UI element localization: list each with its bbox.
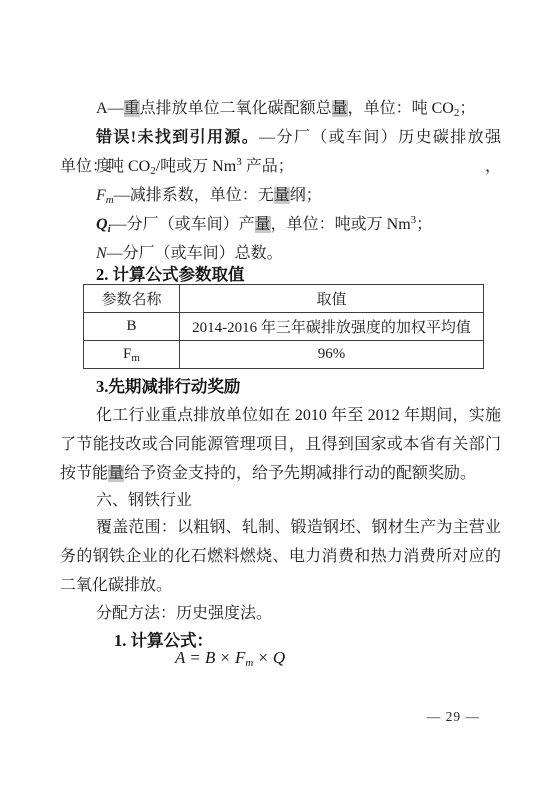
- broken-reference-marker: 错误!未找到引用源。: [96, 129, 259, 146]
- multiply-sign: ×: [258, 648, 268, 667]
- header-cell-param-name: 参数名称: [84, 285, 180, 313]
- definition-line-qi: Qi—分厂（或车间）产量，单位：吨或万 Nm3；: [60, 210, 501, 239]
- paragraph-reward-line2: 了节能技改或合同能源管理项目，且得到国家或本省有关部门: [60, 430, 501, 459]
- heading-early-reduction-reward: 3.先期减排行动奖励: [60, 372, 501, 401]
- paragraph-text: 按节能: [60, 465, 108, 482]
- definition-line-fm: Fm—减排系数，单位：无量纲；: [60, 181, 501, 210]
- formula-var-q: Q: [273, 648, 285, 667]
- variable-f-subscript: m: [106, 194, 114, 206]
- definition-text: —减排系数，单位：无: [114, 187, 274, 204]
- definition-line-unit: 单位：吨 CO2/吨或万 Nm3 产品；: [60, 152, 501, 181]
- table-row: Fm 96%: [84, 341, 484, 369]
- params-table: 参数名称 取值 B 2014-2016 年三年碳排放强度的加权平均值 Fm 96…: [83, 284, 484, 369]
- field-shaded-char: 量: [255, 216, 271, 233]
- header-cell-value: 取值: [180, 285, 484, 313]
- field-shaded-char: 量: [108, 465, 124, 482]
- definition-text: ；: [459, 100, 475, 117]
- formula-var-f: F: [235, 648, 245, 667]
- paragraph-text: 给予资金支持的，给予先期减排行动的配额奖励。: [124, 465, 476, 482]
- cell-value-fm: 96%: [180, 341, 484, 369]
- definition-line-a: A—重点排放单位二氧化碳配额总量，单位：吨 CO2；: [60, 94, 501, 123]
- formula-allocation: A=B×Fm×Q: [175, 646, 285, 670]
- field-shaded-char: 重: [124, 100, 140, 117]
- definition-text: ，单位：吨 CO: [348, 100, 454, 117]
- definition-text: 单位：吨 CO: [60, 158, 150, 175]
- formula-var-b: B: [205, 648, 215, 667]
- definition-text: ；: [416, 216, 432, 233]
- definition-text: 产品；: [242, 158, 294, 175]
- document-page: A—重点排放单位二氧化碳配额总量，单位：吨 CO2； 错误!未找到引用源。—分厂…: [0, 0, 560, 792]
- cell-value-b: 2014-2016 年三年碳排放强度的加权平均值: [180, 313, 484, 341]
- section-title-steel-industry: 六、钢铁行业: [60, 486, 501, 515]
- definition-text: —分厂（或车间）产: [111, 216, 255, 233]
- multiply-sign: ×: [220, 648, 230, 667]
- em-dash: —: [108, 100, 124, 117]
- variable-a: A: [96, 100, 108, 117]
- line-allocation-method: 分配方法：历史强度法。: [60, 599, 501, 628]
- paragraph-reward-line1: 化工行业重点排放单位如在 2010 年至 2012 年期间，实施: [60, 401, 501, 430]
- paragraph-reward-line3: 按节能量给予资金支持的，给予先期减排行动的配额奖励。: [60, 459, 501, 488]
- param-fm-subscript: m: [131, 352, 140, 364]
- field-shaded-char: 量: [274, 187, 290, 204]
- variable-f: F: [96, 187, 106, 204]
- page-number: — 29 —: [427, 709, 480, 725]
- paragraph-coverage-line2: 务的钢铁企业的化石燃料燃烧、电力消费和热力消费所对应的: [60, 542, 501, 571]
- definition-text: /吨或万 Nm: [156, 158, 236, 175]
- equals-sign: =: [190, 648, 200, 667]
- table-header-row: 参数名称 取值: [84, 285, 484, 313]
- definition-text: 纲；: [290, 187, 322, 204]
- field-shaded-char: 量: [332, 100, 348, 117]
- paragraph-coverage-line1: 覆盖范围：以粗钢、轧制、锻造钢坯、钢材生产为主营业: [60, 513, 501, 542]
- paragraph-coverage-line3: 二氧化碳排放。: [60, 571, 501, 600]
- cell-param-b: B: [84, 313, 180, 341]
- definition-text: 点排放单位二氧化碳配额总: [140, 100, 332, 117]
- cell-param-fm: Fm: [84, 341, 180, 369]
- table-row: B 2014-2016 年三年碳排放强度的加权平均值: [84, 313, 484, 341]
- definition-text: ，单位：吨或万 Nm: [271, 216, 411, 233]
- variable-q: Q: [96, 216, 108, 233]
- formula-var-f-subscript: m: [245, 657, 253, 669]
- formula-var-a: A: [175, 648, 185, 667]
